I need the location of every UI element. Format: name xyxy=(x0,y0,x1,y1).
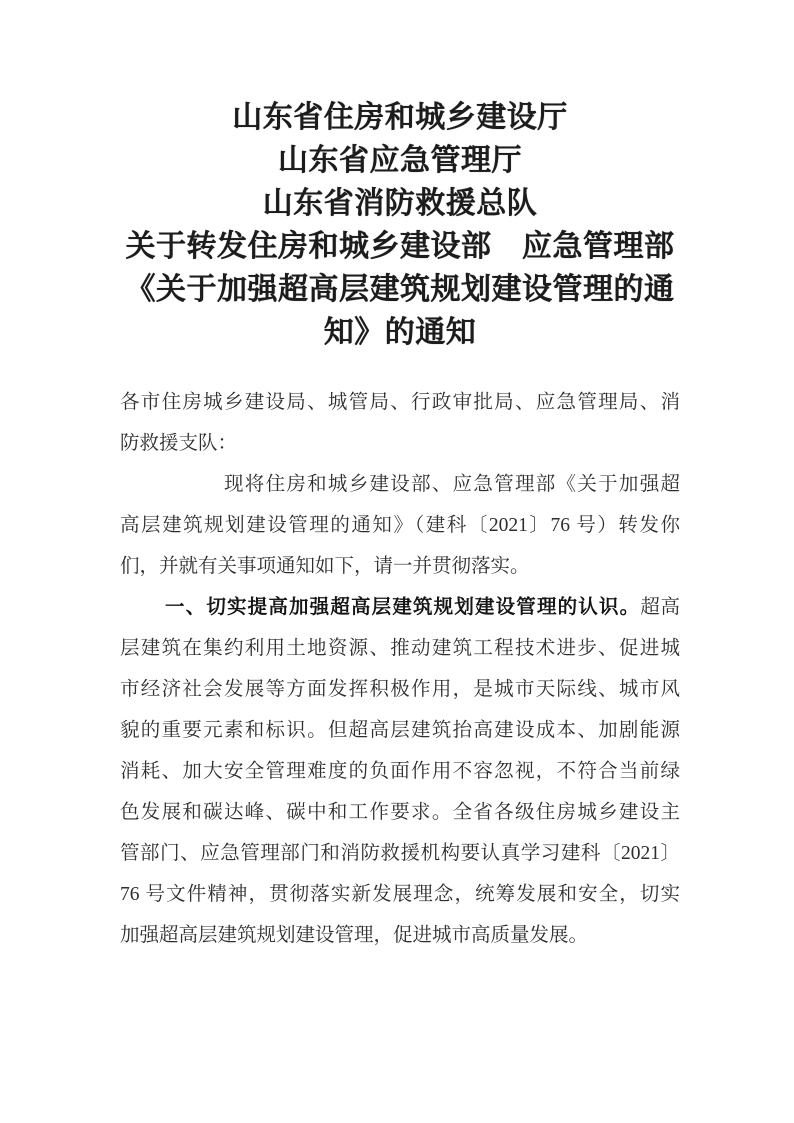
body-line-addressees-1: 各市住房城乡建设局、城管局、行政审批局、应急管理局、消 xyxy=(120,382,680,423)
document-title: 山东省住房和城乡建设厅 山东省应急管理厅 山东省消防救援总队 关于转发住房和城乡… xyxy=(120,96,680,354)
body-line-forwarding-2: 高层建筑规划建设管理的通知》（建科〔2021〕76 号）转发你 xyxy=(120,505,680,546)
body-line-addressees-2: 防救援支队： xyxy=(120,423,680,464)
section-1-heading: 一、切实提高加强超高层建筑规划建设管理的认识。 xyxy=(165,596,640,618)
body-line-section1-2: 层建筑在集约利用土地资源、推动建筑工程技术进步、促进城 xyxy=(120,628,680,669)
title-line-issuer-1: 山东省住房和城乡建设厅 xyxy=(120,96,680,139)
body-line-section1-9: 加强超高层建筑规划建设管理，促进城市高质量发展。 xyxy=(120,915,680,956)
body-line-section1-5: 消耗、加大安全管理难度的负面作用不容忽视，不符合当前绿 xyxy=(120,751,680,792)
body-line-section1-3: 市经济社会发展等方面发挥积极作用，是城市天际线、城市风 xyxy=(120,669,680,710)
document-body: 各市住房城乡建设局、城管局、行政审批局、应急管理局、消 防救援支队： 现将住房和… xyxy=(120,382,680,956)
body-line-section1-1: 一、切实提高加强超高层建筑规划建设管理的认识。超高 xyxy=(120,587,680,628)
body-line-forwarding-3: 们，并就有关事项通知如下，请一并贯彻落实。 xyxy=(120,546,680,587)
body-line-section1-7: 管部门、应急管理部门和消防救援机构要认真学习建科〔2021〕 xyxy=(120,833,680,874)
title-line-issuer-3: 山东省消防救援总队 xyxy=(120,182,680,225)
section-1-text-start: 超高 xyxy=(640,597,680,618)
document-page: 山东省住房和城乡建设厅 山东省应急管理厅 山东省消防救援总队 关于转发住房和城乡… xyxy=(0,0,794,1123)
title-line-subject-3: 知》的通知 xyxy=(120,311,680,354)
body-line-section1-6: 色发展和碳达峰、碳中和工作要求。全省各级住房城乡建设主 xyxy=(120,792,680,833)
title-line-subject-1: 关于转发住房和城乡建设部 应急管理部 xyxy=(120,225,680,268)
body-line-section1-4: 貌的重要元素和标识。但超高层建筑抬高建设成本、加剧能源 xyxy=(120,710,680,751)
body-line-section1-8: 76 号文件精神，贯彻落实新发展理念，统筹发展和安全，切实 xyxy=(120,874,680,915)
title-line-subject-2: 《关于加强超高层建筑规划建设管理的通 xyxy=(120,268,680,311)
body-line-forwarding-1: 现将住房和城乡建设部、应急管理部《关于加强超 xyxy=(120,464,680,505)
title-line-issuer-2: 山东省应急管理厅 xyxy=(120,139,680,182)
